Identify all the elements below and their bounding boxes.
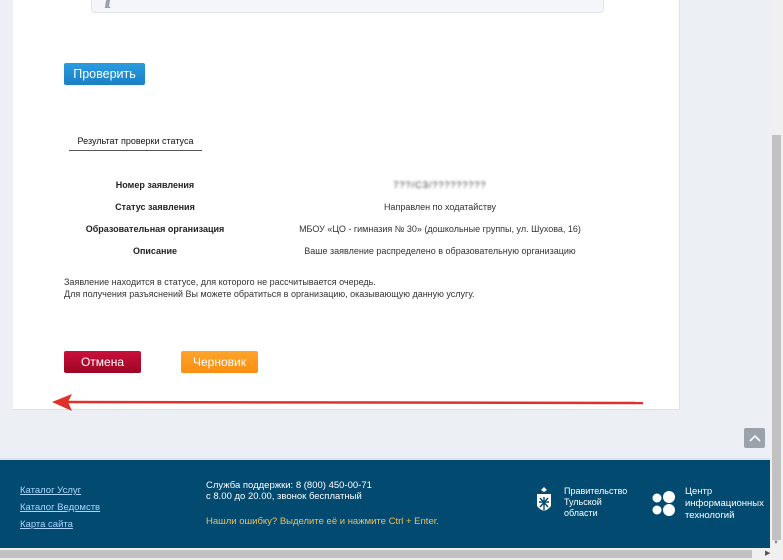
note-line: Заявление находится в статусе, для котор… (64, 276, 474, 288)
vertical-scrollbar[interactable]: ▼ (770, 0, 783, 548)
result-row-description: Описание Ваше заявление распределено в о… (60, 246, 620, 260)
result-row-number: Номер заявления 7??/СЗ/????????? (60, 180, 620, 194)
it-center-logo[interactable]: Центр информационных технологий (652, 486, 764, 522)
gov-text-line: Тульской (564, 497, 627, 508)
row-value: Ваше заявление распределено в образовате… (270, 246, 610, 256)
annotation-arrow-icon (52, 393, 647, 413)
tula-government-logo[interactable]: Правительство Тульской области (534, 486, 627, 519)
result-row-organization: Образовательная организация МБОУ «ЦО - г… (60, 224, 620, 238)
row-label: Номер заявления (60, 180, 250, 190)
support-phone: Служба поддержки: 8 (800) 450-00-71 (206, 480, 372, 491)
support-info: Служба поддержки: 8 (800) 450-00-71 с 8.… (206, 480, 372, 502)
result-section-title: Результат проверки статуса (69, 136, 202, 151)
horizontal-scrollbar[interactable]: ▶ (0, 548, 783, 560)
footer-link-sitemap[interactable]: Карта сайта (20, 516, 100, 533)
input-hint-box: i Например, "70401/СЗ/0123456789 10" СЗ-… (91, 0, 604, 13)
horizontal-scrollbar-thumb[interactable] (0, 550, 752, 558)
chevron-up-icon (749, 434, 761, 442)
row-label: Образовательная организация (60, 224, 250, 234)
application-number: 7??/СЗ/????????? (270, 180, 610, 190)
error-report-hint: Нашли ошибку? Выделите её и нажмите Ctrl… (206, 516, 439, 527)
row-label: Статус заявления (60, 202, 250, 212)
gov-text-line: области (564, 508, 627, 519)
result-row-status: Статус заявления Направлен по ходатайств… (60, 202, 620, 216)
footer-link-services-catalog[interactable]: Каталог Услуг (20, 482, 100, 499)
row-label: Описание (60, 246, 250, 256)
queue-note: Заявление находится в статусе, для котор… (64, 276, 474, 300)
gov-text-line: Правительство (564, 486, 627, 497)
scroll-to-top-button[interactable] (744, 428, 765, 448)
dots-logo-icon (652, 490, 676, 518)
draft-button[interactable]: Черновик (181, 351, 258, 373)
cit-text-line: технологий (685, 510, 764, 522)
page-margin (0, 0, 13, 410)
info-icon: i (104, 0, 112, 12)
cancel-button[interactable]: Отмена (64, 351, 141, 373)
row-value: Направлен по ходатайству (270, 202, 610, 212)
check-button[interactable]: Проверить (64, 63, 145, 85)
coat-of-arms-icon (534, 486, 554, 516)
note-line: Для получения разъяснений Вы можете обра… (64, 288, 474, 300)
support-hours: с 8.00 до 20.00, звонок бесплатный (206, 491, 372, 502)
scroll-down-arrow-icon[interactable]: ▼ (773, 540, 779, 546)
footer-links: Каталог Услуг Каталог Ведомств Карта сай… (20, 482, 100, 533)
cit-text-line: Центр (685, 486, 764, 498)
scroll-right-arrow-icon[interactable]: ▶ (765, 549, 770, 557)
footer-link-agencies-catalog[interactable]: Каталог Ведомств (20, 499, 100, 516)
cit-text-line: информационных (685, 498, 764, 510)
row-value: МБОУ «ЦО - гимназия № 30» (дошкольные гр… (270, 224, 610, 234)
site-footer: Каталог Услуг Каталог Ведомств Карта сай… (0, 458, 770, 548)
vertical-scrollbar-thumb[interactable] (772, 135, 781, 540)
